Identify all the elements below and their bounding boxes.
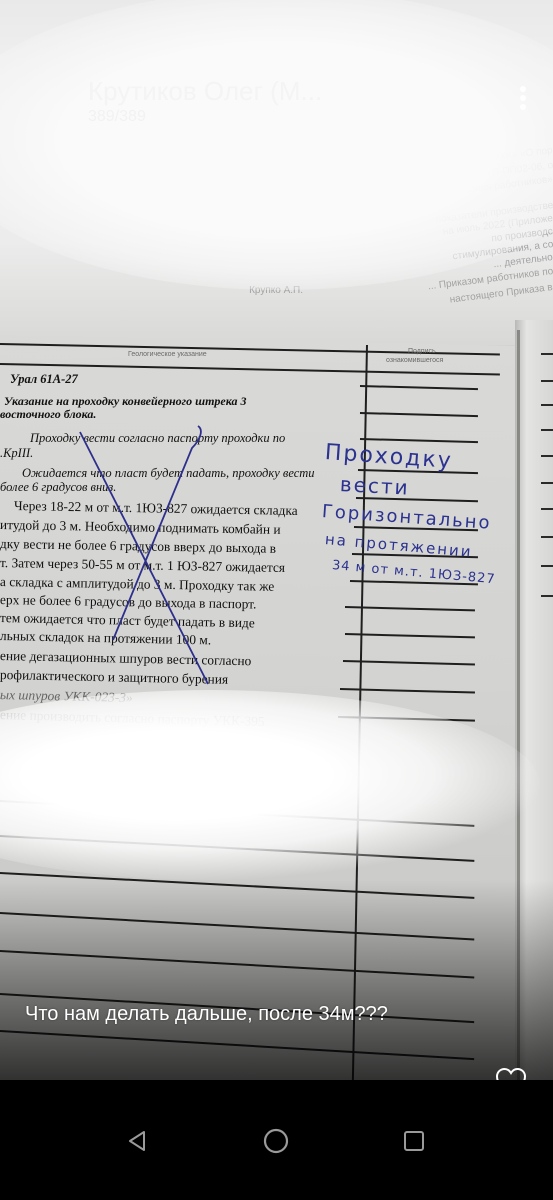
more-vertical-icon[interactable] bbox=[518, 86, 528, 114]
story-photo[interactable]: ...ООО «ЕвроХим-УКК» «О пор ...(314-СТП-… bbox=[0, 0, 553, 1080]
recents-square-icon[interactable] bbox=[394, 1121, 434, 1161]
story-caption: Что нам делать дальше, после 34м??? bbox=[25, 1003, 388, 1026]
system-navigation-bar bbox=[0, 1080, 553, 1200]
home-circle-icon[interactable] bbox=[256, 1121, 296, 1161]
author-name[interactable]: Крутиков Олег (М... bbox=[88, 76, 322, 107]
handwritten-line: вести bbox=[339, 472, 410, 500]
view-count: 389/389 bbox=[88, 108, 146, 126]
back-triangle-icon[interactable] bbox=[117, 1121, 157, 1161]
caption-shade bbox=[0, 880, 553, 1080]
